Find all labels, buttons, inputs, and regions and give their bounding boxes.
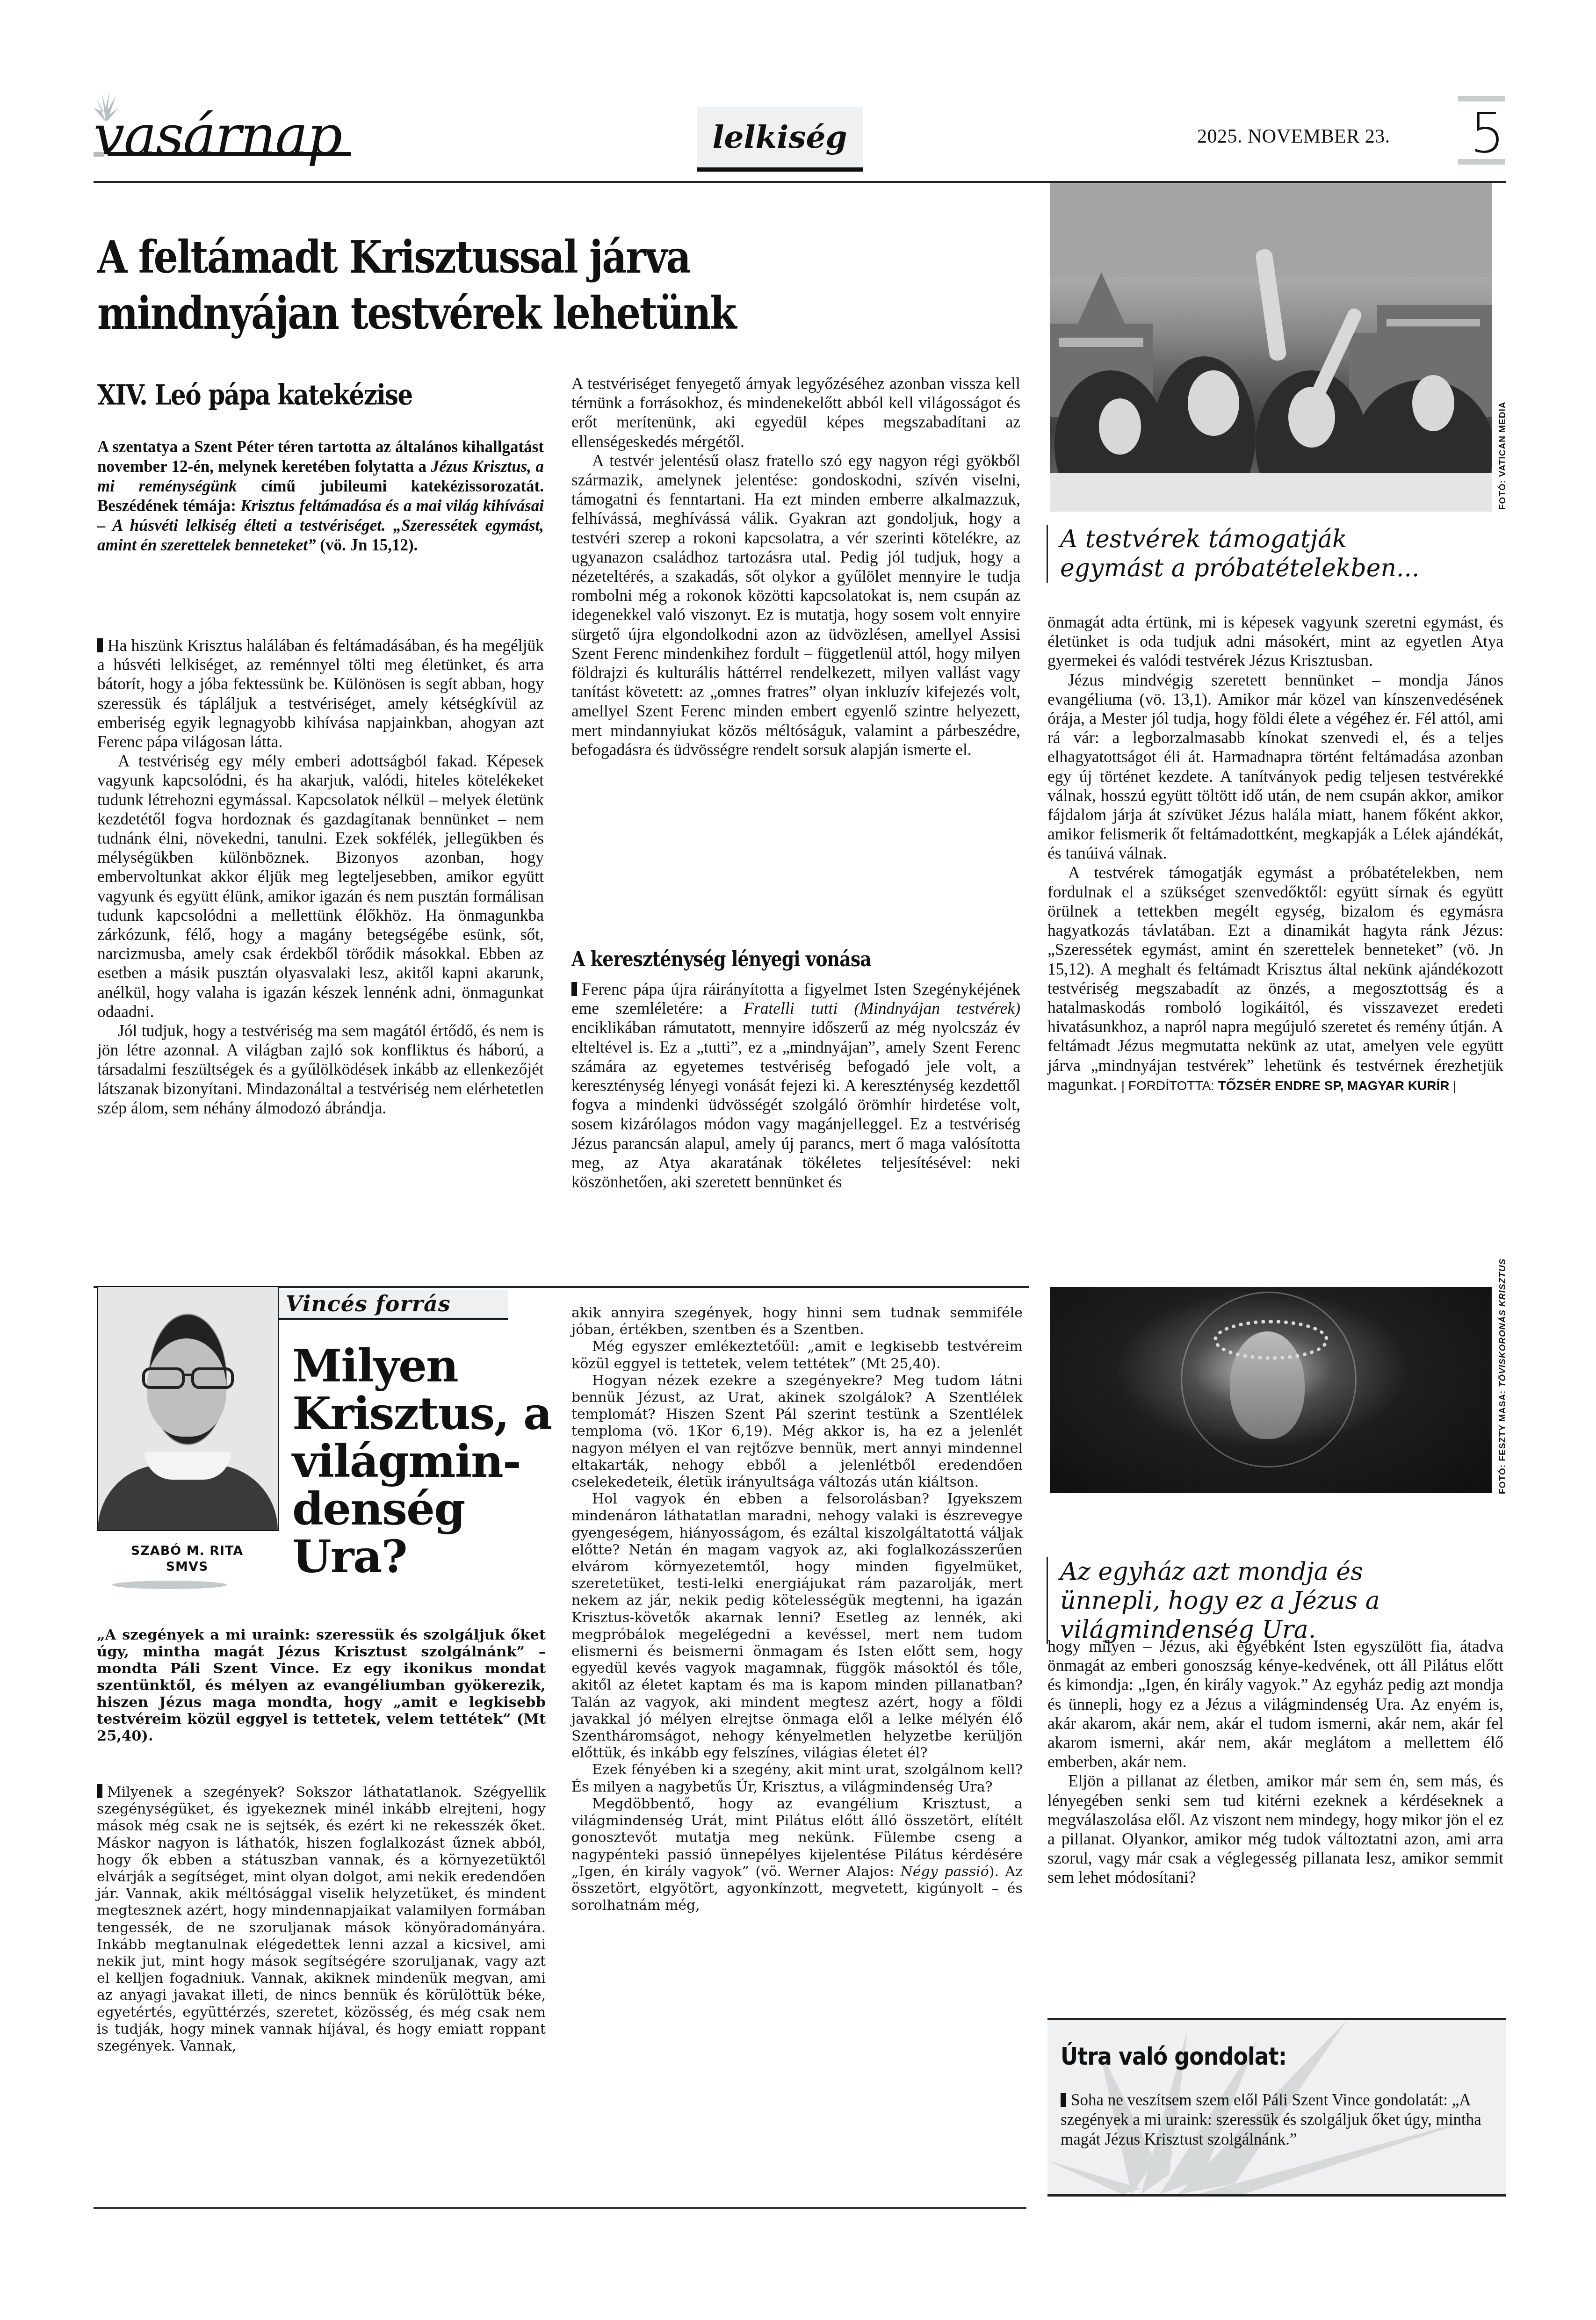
paragraph: önmagát adta értünk, mi is képesek vagyu… — [1047, 613, 1503, 671]
article2-column-3: hogy milyen – Jézus, aki egyébként Isten… — [1047, 1637, 1503, 1887]
logo-accent — [94, 152, 104, 157]
article-column-3: önmagát adta értünk, mi is képesek vagyu… — [1047, 613, 1503, 1095]
article2-lead: „A szegények a mi uraink: szeressük és s… — [97, 1626, 546, 1744]
author-byline: SZABÓ M. RITA SMVS — [112, 1543, 262, 1575]
thought-box-text: Soha ne veszítsem szem elől Páli Szent V… — [1061, 2090, 1495, 2149]
section-heading: A kereszténység lényegi vonása — [571, 949, 871, 970]
photo-credit: FOTÓ: VATICAN MEDIA — [1498, 402, 1508, 510]
article-lead: A szentatya a Szent Péter téren tartotta… — [97, 437, 544, 555]
headline-line-1: A feltámadt Krisztussal járva — [97, 229, 902, 285]
column-name: Vincés forrás — [286, 1291, 451, 1316]
article2-column-1: Milyenek a szegények? Sokszor láthatatla… — [97, 1784, 546, 2055]
paragraph: Megdöbbentő, hogy az evangélium Krisztus… — [571, 1796, 1023, 1914]
paragraph: A testvérek támogatják egymást a próbaté… — [1047, 863, 1503, 1095]
section-label: lelkiség — [712, 119, 847, 155]
book-title: Négy passió — [901, 1864, 989, 1880]
paragraph: akik annyira szegények, hogy hinni sem t… — [571, 1305, 1023, 1338]
author-order: SMVS — [112, 1559, 262, 1575]
paragraph-marker-icon — [97, 1784, 102, 1798]
article2-headline: Milyen Krisztus, a világmin-denség Ura? — [292, 1342, 554, 1581]
paragraph-text: Milyenek a szegények? Sokszor láthatatla… — [97, 1784, 546, 2054]
article-column-1: Ha hiszünk Krisztus halálában és feltáma… — [97, 636, 544, 1118]
crowd-photo-image — [1050, 183, 1492, 512]
article-column-2: A testvériséget fenyegető árnyak legyőzé… — [571, 374, 1020, 759]
article-headline: A feltámadt Krisztussal járva mindnyájan… — [97, 229, 902, 341]
paragraph-text: Ha hiszünk Krisztus halálában és feltáma… — [97, 636, 544, 751]
thought-box-title: Útra való gondolat: — [1061, 2043, 1286, 2071]
paragraph-marker-icon — [1061, 2093, 1066, 2107]
glasses-icon — [134, 1366, 242, 1390]
paragraph: A testvériséget fenyegető árnyak legyőzé… — [571, 374, 1020, 451]
crowd-photo — [1050, 183, 1492, 512]
headline-line-2: mindnyájan testvérek lehetünk — [97, 285, 902, 341]
author-portrait — [97, 1286, 279, 1531]
header-rule — [94, 181, 1506, 183]
pullquote: A testvérek támogatják egymást a próbaté… — [1047, 525, 1444, 583]
article2-column-2: akik annyira szegények, hogy hinni sem t… — [571, 1305, 1023, 1914]
column-name-tab: Vincés forrás — [279, 1290, 508, 1320]
paragraph-text: enciklikában rámutatott, mennyire idősze… — [571, 1018, 1020, 1191]
article-subhead: XIV. Leó pápa katekézise — [97, 381, 412, 409]
paragraph: hogy milyen – Jézus, aki egyébként Isten… — [1047, 1637, 1503, 1771]
paragraph: Hogyan nézek ezekre a szegényekre? Meg t… — [571, 1373, 1023, 1491]
paragraph: Még egyszer emlékeztetőül: „amit e legki… — [571, 1338, 1023, 1372]
paragraph: Ha hiszünk Krisztus halálában és feltáma… — [97, 636, 544, 752]
paragraph: Hol vagyok én ebben a felsorolásban? Igy… — [571, 1491, 1023, 1762]
paragraph: A testvériség egy mély emberi adottságbó… — [97, 752, 544, 1021]
thought-box: Útra való gondolat: Soha ne veszítsem sz… — [1047, 2018, 1506, 2197]
issue-date: 2025. NOVEMBER 23. — [1197, 125, 1390, 148]
painting-credit: FOTÓ: FESZTY MASA: TÖVISKORONÁS KRISZTUS — [1498, 1258, 1508, 1494]
thought-text: Soha ne veszítsem szem elől Páli Szent V… — [1061, 2091, 1481, 2148]
masthead-logo: vasárnap — [94, 94, 355, 182]
paragraph-marker-icon — [97, 638, 103, 652]
page-number: 5 — [1458, 105, 1505, 160]
article-column-2b: Ferenc pápa újra ráirányította a figyelm… — [571, 980, 1020, 1192]
paragraph-marker-icon — [571, 982, 577, 996]
paragraph: Ezek fényében ki a szegény, akit mint ur… — [571, 1762, 1023, 1795]
paragraph: Jézus mindvégig szeretett bennünket – mo… — [1047, 671, 1503, 863]
translator-label: | FORDÍTOTTA: — [1121, 1078, 1218, 1093]
section-tab: lelkiség — [697, 107, 863, 172]
paragraph: Ferenc pápa újra ráirányította a figyelm… — [571, 980, 1020, 1192]
credit-prefix: FOTÓ: FESZTY MASA: — [1498, 1387, 1508, 1494]
credit-title: TÖVISKORONÁS KRISZTUS — [1498, 1258, 1508, 1387]
byline-ornament — [112, 1581, 227, 1589]
paragraph: Eljön a pillanat az életben, amikor már … — [1047, 1771, 1503, 1887]
paragraph: Jól tudjuk, hogy a testvériség ma sem ma… — [97, 1021, 544, 1118]
paragraph-text: A testvérek támogatják egymást a próbaté… — [1047, 863, 1503, 1094]
encyclical-title: Fratelli tutti (Mindnyájan testvérek) — [744, 999, 1020, 1018]
pullquote-2: Az egyház azt mondja és ünnepli, hogy ez… — [1047, 1557, 1444, 1644]
crown-of-thorns-icon — [1213, 1320, 1329, 1360]
page-number-bar-bottom — [1458, 159, 1505, 165]
author-name: SZABÓ M. RITA — [112, 1543, 262, 1559]
paragraph: A testvér jelentésű olasz fratello szó e… — [571, 451, 1020, 759]
logo-underline — [108, 152, 351, 156]
jesus-painting — [1050, 1287, 1492, 1493]
footer-rule — [94, 2207, 1026, 2209]
translator-name: TŐZSÉR ENDRE SP, MAGYAR KURÍR — [1218, 1078, 1450, 1093]
paragraph: Milyenek a szegények? Sokszor láthatatla… — [97, 1784, 546, 2055]
translator-end: | — [1449, 1078, 1456, 1093]
lead-text: (vö. Jn 15,12). — [316, 536, 418, 554]
